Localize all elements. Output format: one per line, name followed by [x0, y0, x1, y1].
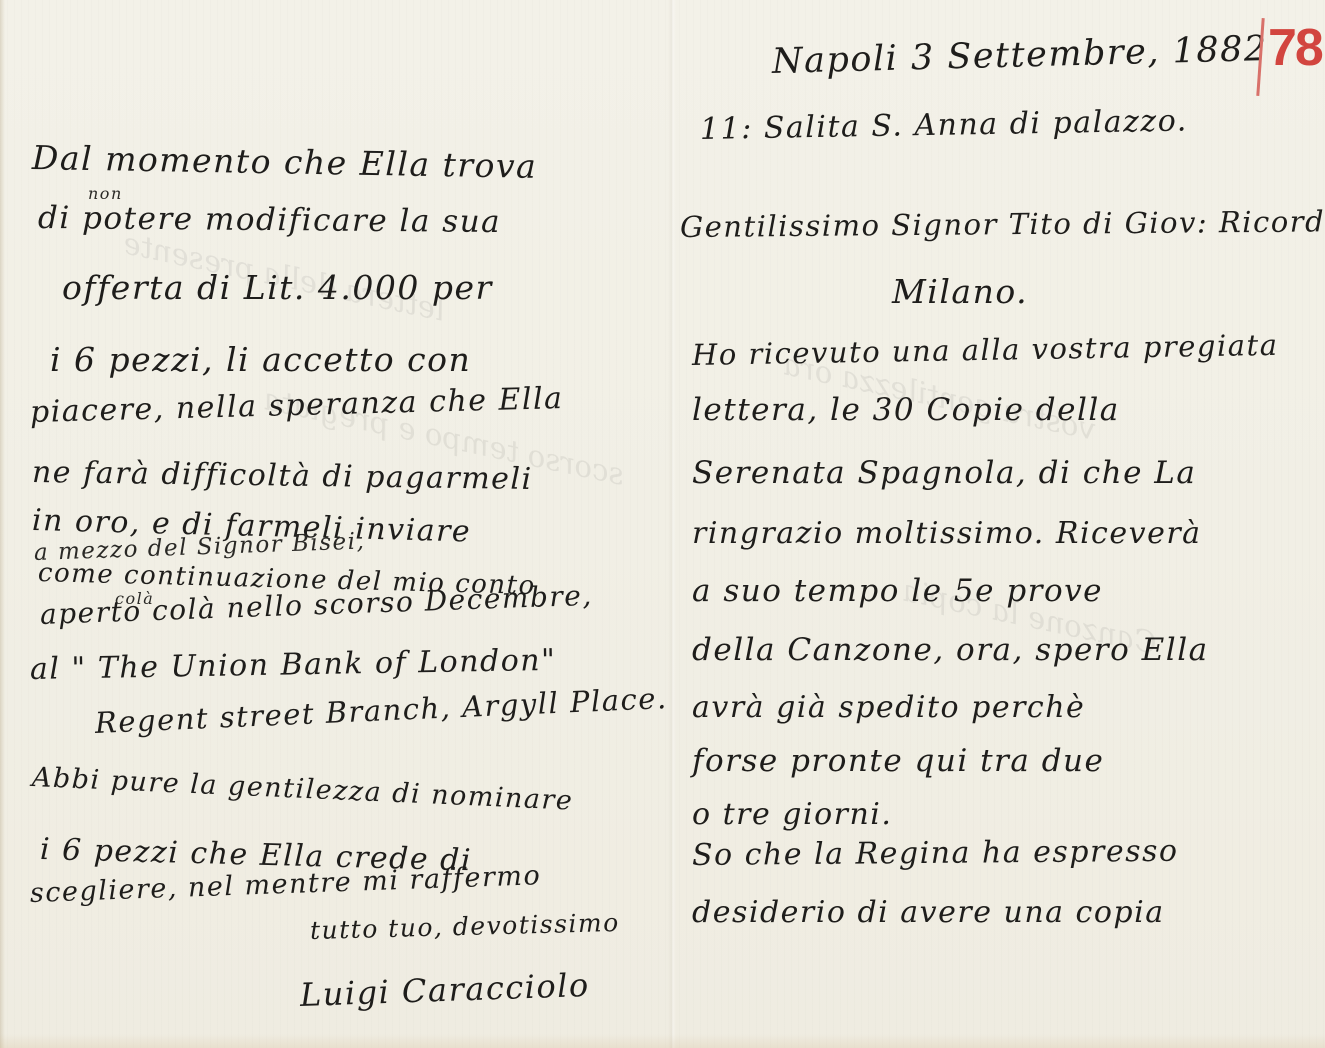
closing-line: tutto tuo, devotissimo [310, 908, 620, 945]
left-line-1: Dal momento che Ella trova [32, 138, 538, 186]
folio-number: 78 [1268, 18, 1322, 78]
right-line-5: a suo tempo le 5e prove [692, 573, 1103, 609]
left-line-13: Abbi pure la gentilezza di nominare [31, 762, 574, 817]
right-line-6: della Canzone, ora, spero Ella [692, 632, 1209, 668]
right-page: Napoli 3 Settembre, 1882 11: Salita S. A… [672, 0, 1325, 1048]
right-line-1: Ho ricevuto una alla vostra pregiata [692, 328, 1279, 372]
left-line-3: offerta di Lit. 4.000 per [62, 268, 493, 307]
address-line: 11: Salita S. Anna di palazzo. [700, 103, 1188, 147]
dateline: Napoli 3 Settembre, 1882 [771, 29, 1268, 82]
letter-spread: lettera della presente scorso tempo e pr… [0, 0, 1325, 1048]
left-line-5: piacere, nella speranza che Ella [30, 381, 564, 430]
right-line-11: desiderio di avere una copia [692, 895, 1165, 930]
salutation: Gentilissimo Signor Tito di Giov: Ricord… [680, 204, 1325, 244]
left-line-11: al " The Union Bank of London" [30, 643, 557, 687]
right-line-4: ringrazio moltissimo. Riceverà [692, 516, 1202, 551]
right-line-7: avrà già spedito perchè [692, 690, 1085, 725]
left-line-2: di potere modificare la sua [38, 200, 501, 240]
right-line-3: Serenata Spagnola, di che La [692, 455, 1196, 491]
right-line-10: So che la Regina ha espresso [692, 834, 1179, 873]
recipient-city: Milano. [892, 272, 1028, 311]
left-line-4: i 6 pezzi, li accetto con [50, 340, 471, 379]
left-line-12: Regent street Branch, Argyll Place. [94, 681, 668, 740]
left-page: Dal momento che Ella trova non di potere… [0, 0, 672, 1048]
right-line-9: o tre giorni. [692, 797, 892, 832]
signature: Luigi Caracciolo [299, 966, 590, 1014]
right-line-2: lettera, le 30 Copie della [692, 392, 1120, 428]
left-line-6: ne farà difficoltà di pagarmeli [32, 455, 533, 497]
right-line-8: forse pronte qui tra due [692, 743, 1104, 779]
